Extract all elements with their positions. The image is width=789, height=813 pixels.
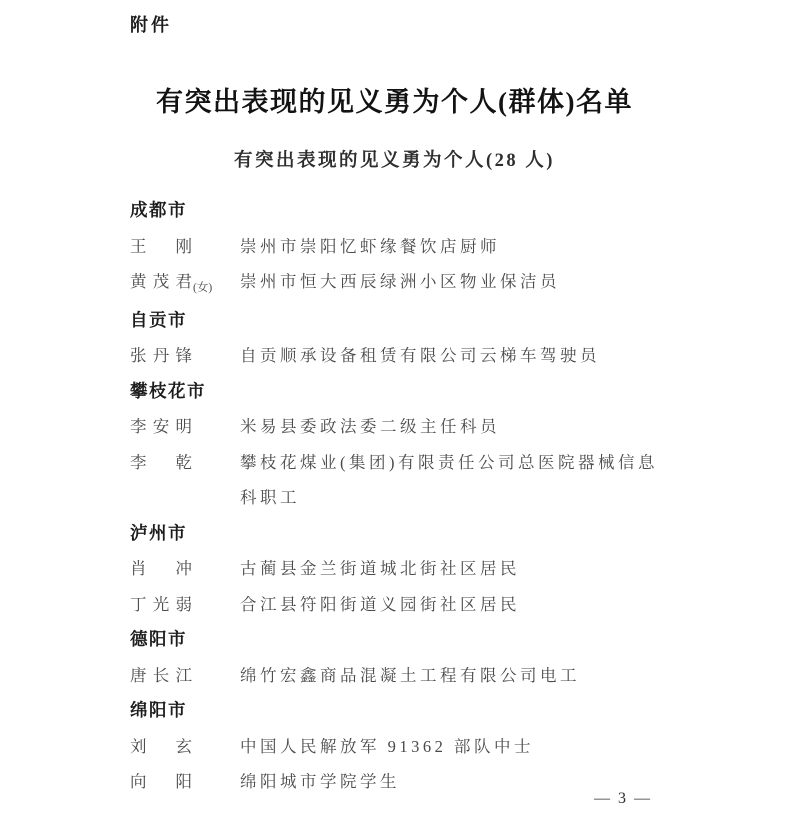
list-item: 李安明 米易县委政法委二级主任科员	[130, 409, 675, 445]
document-page: 附件 有突出表现的见义勇为个人(群体)名单 有突出表现的见义勇为个人(28 人)…	[0, 0, 789, 813]
person-name: 刘玄	[130, 729, 192, 765]
city-heading-mianyang: 绵阳市	[130, 693, 675, 729]
person-name: 李安明	[130, 409, 192, 445]
person-description: 攀枝花煤业(集团)有限责任公司总医院器械信息科职工	[240, 445, 672, 516]
list-item: 肖冲 古蔺县金兰街道城北街社区居民	[130, 551, 675, 587]
page-number: — 3 —	[594, 790, 652, 808]
person-name-cell: 黄茂君(女)	[130, 264, 240, 303]
person-name-cell: 王刚	[130, 229, 240, 265]
person-description: 古蔺县金兰街道城北街社区居民	[240, 551, 672, 587]
person-name-cell: 向阳	[130, 764, 240, 800]
list-item: 王刚 崇州市崇阳忆虾缘餐饮店厨师	[130, 229, 675, 265]
list-item: 李乾 攀枝花煤业(集团)有限责任公司总医院器械信息科职工	[130, 445, 675, 516]
document-title: 有突出表现的见义勇为个人(群体)名单	[0, 80, 789, 119]
person-name-cell: 唐长江	[130, 658, 240, 694]
city-heading-panzhihua: 攀枝花市	[130, 374, 675, 410]
list-item: 丁光弱 合江县符阳街道义园街社区居民	[130, 587, 675, 623]
person-description: 自贡顺承设备租赁有限公司云梯车驾驶员	[240, 338, 672, 374]
document-subtitle: 有突出表现的见义勇为个人(28 人)	[0, 146, 789, 172]
person-name-cell: 张丹锋	[130, 338, 240, 374]
person-name-cell: 肖冲	[130, 551, 240, 587]
person-name: 李乾	[130, 445, 192, 481]
gender-note: (女)	[193, 282, 212, 294]
person-name: 张丹锋	[130, 338, 192, 374]
list-item: 唐长江 绵竹宏鑫商品混凝土工程有限公司电工	[130, 658, 675, 694]
award-list: 成都市 王刚 崇州市崇阳忆虾缘餐饮店厨师 黄茂君(女) 崇州市恒大西辰绿洲小区物…	[130, 193, 675, 800]
person-description: 米易县委政法委二级主任科员	[240, 409, 672, 445]
city-heading-luzhou: 泸州市	[130, 516, 675, 552]
person-name: 唐长江	[130, 658, 192, 694]
attachment-label: 附件	[130, 11, 172, 37]
person-name-cell: 刘玄	[130, 729, 240, 765]
person-name: 黄茂君	[130, 264, 192, 300]
person-name: 丁光弱	[130, 587, 192, 623]
person-description: 崇州市恒大西辰绿洲小区物业保洁员	[240, 264, 672, 300]
person-description: 合江县符阳街道义园街社区居民	[240, 587, 672, 623]
person-name-cell: 李安明	[130, 409, 240, 445]
person-name: 王刚	[130, 229, 192, 265]
list-item: 刘玄 中国人民解放军 91362 部队中士	[130, 729, 675, 765]
person-description: 崇州市崇阳忆虾缘餐饮店厨师	[240, 229, 672, 265]
person-name-cell: 丁光弱	[130, 587, 240, 623]
person-description: 绵竹宏鑫商品混凝土工程有限公司电工	[240, 658, 672, 694]
person-name-cell: 李乾	[130, 445, 240, 481]
person-description: 中国人民解放军 91362 部队中士	[240, 729, 672, 765]
list-item: 黄茂君(女) 崇州市恒大西辰绿洲小区物业保洁员	[130, 264, 675, 303]
city-heading-deyang: 德阳市	[130, 622, 675, 658]
person-name: 向阳	[130, 764, 192, 800]
city-heading-chengdu: 成都市	[130, 193, 675, 229]
city-heading-zigong: 自贡市	[130, 303, 675, 339]
list-item: 张丹锋 自贡顺承设备租赁有限公司云梯车驾驶员	[130, 338, 675, 374]
person-name: 肖冲	[130, 551, 192, 587]
